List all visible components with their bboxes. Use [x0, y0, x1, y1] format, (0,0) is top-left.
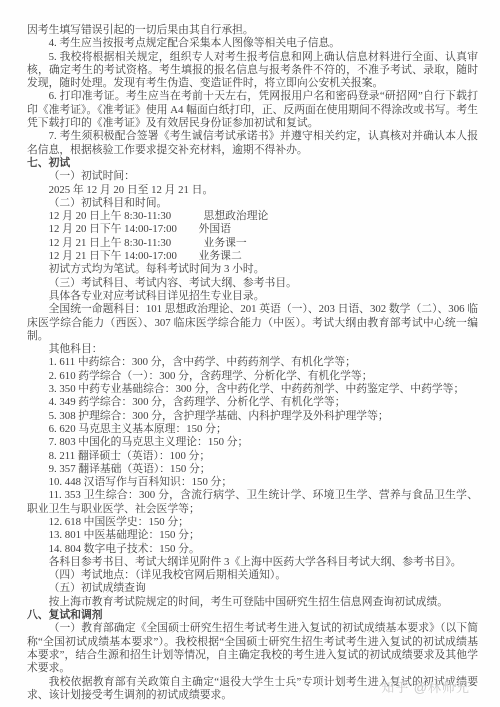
paragraph: 10. 448 汉语写作与百科知识：150 分；	[27, 476, 478, 489]
paragraph: 9. 357 翻译基础（英语）：150 分；	[27, 463, 478, 476]
paragraph: 3. 350 中药专业基础综合：300 分，含中药化学、中药药剂学、中药鉴定学、…	[27, 383, 478, 396]
paragraph: 各科目参考书目、考试大纲详见附件 3《上海中医药大学各科目考试大纲、参考书目》。	[27, 556, 478, 569]
paragraph: 12 月 21 日上午 8:30-11:30 业务课一	[27, 237, 478, 250]
watermark: 知乎 @林师兄	[381, 677, 470, 696]
paragraph: 14. 804 数字电子技术：150 分。	[27, 543, 478, 556]
paragraph: 4. 349 药学综合：300 分，含药理学、分析化学、有机化学等；	[27, 396, 478, 409]
paragraph: （一）教育部确定《全国硕士研究生招生考试考生进入复试的初试成绩基本要求》（以下简…	[27, 622, 478, 675]
paragraph: 1. 611 中药综合：300 分，含中药学、中药药剂学、有机化学等；	[27, 356, 478, 369]
paragraph: 具体各专业对应考试科目详见招生专业目录。	[27, 290, 478, 303]
paragraph: 4. 考生应当按报考点规定配合采集本人图像等相关电子信息。	[27, 37, 478, 50]
paragraph: （一）初试时间：	[27, 170, 478, 183]
paragraph: 12 月 20 日上午 8:30-11:30 思想政治理论	[27, 210, 478, 223]
section-heading: 八、复试和调剂	[27, 609, 478, 622]
paragraph: 2025 年 12 月 20 日至 12 月 21 日。	[27, 184, 478, 197]
paragraph: 5. 308 护理综合：300 分，含护理学基础、内科护理学及外科护理学等；	[27, 410, 478, 423]
paragraph: 6. 打印准考证。考生应当在考前十天左右，凭网报用户名和密码登录“研招网”自行下…	[27, 90, 478, 130]
paragraph: （五）初试成绩查询	[27, 582, 478, 595]
paragraph: 2. 610 药学综合（一）：300 分，含药理学、分析化学、有机化学等；	[27, 370, 478, 383]
paragraph: 6. 620 马克思主义基本原理：150 分；	[27, 423, 478, 436]
paragraph: 13. 801 中医基础理论：150 分；	[27, 529, 478, 542]
paragraph: 7. 考生须积极配合签署《考生诚信考试承诺书》并遵守相关约定，认真核对并确认本人…	[27, 130, 478, 157]
document-body: 因考生填写错误引起的一切后果由其自行承担。4. 考生应当按报考点规定配合采集本人…	[27, 24, 478, 702]
paragraph: 12 月 21 日下午 14:00-17:00 业务课二	[27, 250, 478, 263]
section-heading: 七、初试	[27, 157, 478, 170]
document-page: 因考生填写错误引起的一切后果由其自行承担。4. 考生应当按报考点规定配合采集本人…	[0, 0, 500, 707]
paragraph: 初试方式均为笔试。每科考试时间为 3 小时。	[27, 263, 478, 276]
paragraph: 全国统一命题科目：101 思想政治理论、201 英语（一）、203 日语、302…	[27, 303, 478, 343]
paragraph: 12. 618 中国医学史：150 分；	[27, 516, 478, 529]
paragraph: 按上海市教育考试院规定的时间，考生可登陆中国研究生招生信息网查询初试成绩。	[27, 596, 478, 609]
paragraph: 因考生填写错误引起的一切后果由其自行承担。	[27, 24, 478, 37]
paragraph: 8. 211 翻译硕士（英语）：100 分；	[27, 450, 478, 463]
paragraph: 11. 353 卫生综合：300 分，含流行病学、卫生统计学、环境卫生学、营养与…	[27, 489, 478, 516]
paragraph: 5. 我校将根据相关规定，组织专人对考生报考信息和网上确认信息材料进行全面、认真…	[27, 51, 478, 91]
paragraph: 其他科目：	[27, 343, 478, 356]
paragraph: 12 月 20 日下午 14:00-17:00 外国语	[27, 223, 478, 236]
paragraph: 7. 803 中国化的马克思主义理论：150 分；	[27, 436, 478, 449]
paragraph: （二）初试科目和时间。	[27, 197, 478, 210]
paragraph: （三）考试科目、考试内容、考试大纲、参考书目。	[27, 277, 478, 290]
paragraph: （四）考试地点：（详见我校官网后期相关通知）。	[27, 569, 478, 582]
